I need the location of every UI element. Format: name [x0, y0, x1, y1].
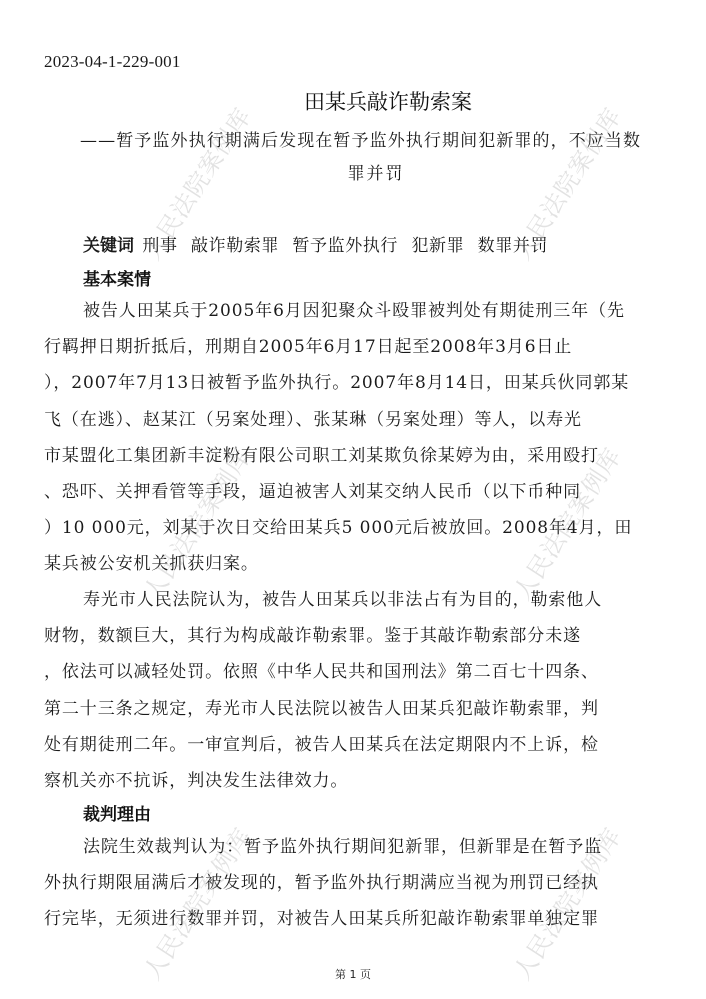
paragraph-line: 行羁押日期折抵后，刑期自2005年6月17日起至2008年3月6日止 [44, 329, 659, 365]
paragraph-basic-facts-1: 被告人田某兵于2005年6月因犯聚众斗殴罪被判处有期徒刑三年（先 行羁押日期折抵… [44, 293, 659, 583]
section-heading-reasoning: 裁判理由 [83, 800, 151, 825]
document-subtitle-line-2: 罪并罚 [0, 159, 706, 184]
paragraph-reasoning-1: 法院生效裁判认为：暂予监外执行期间犯新罪，但新罪是在暂予监 外执行期限届满后才被… [44, 829, 659, 938]
page-number: 第 1 页 [0, 966, 706, 982]
document-subtitle-line-1: ——暂予监外执行期满后发现在暂予监外执行期间犯新罪的，不应当数 [80, 123, 680, 159]
paragraph-basic-facts-2: 寿光市人民法院认为，被告人田某兵以非法占有为目的，勒索他人 财物，数额巨大，其行… [44, 582, 659, 799]
keywords-label: 关键词 [83, 236, 134, 256]
paragraph-line: ，依法可以减轻处罚。依照《中华人民共和国刑法》第二百七十四条、 [44, 654, 659, 690]
keywords-row: 关键词 刑事 敲诈勒索罪 暂予监外执行 犯新罪 数罪并罚 [83, 231, 556, 256]
paragraph-line: 法院生效裁判认为：暂予监外执行期间犯新罪，但新罪是在暂予监 [44, 829, 659, 865]
keyword-item: 数罪并罚 [478, 236, 548, 256]
paragraph-line: 察机关亦不抗诉，判决发生法律效力。 [44, 763, 659, 799]
document-page: 2023-04-1-229-001 田某兵敲诈勒索案 ——暂予监外执行期满后发现… [0, 0, 706, 999]
section-heading-basic-facts: 基本案情 [83, 265, 151, 290]
keyword-item: 刑事 [142, 236, 177, 256]
case-number: 2023-04-1-229-001 [44, 52, 181, 72]
document-title: 田某兵敲诈勒索案 [0, 86, 706, 116]
paragraph-line: 处有期徒刑二年。一审宣判后，被告人田某兵在法定期限内不上诉，检 [44, 727, 659, 763]
keyword-item: 暂予监外执行 [292, 236, 398, 256]
paragraph-line: 外执行期限届满后才被发现的，暂予监外执行期满应当视为刑罚已经执 [44, 865, 659, 901]
keyword-item: 敲诈勒索罪 [191, 236, 279, 256]
paragraph-line: 财物，数额巨大，其行为构成敲诈勒索罪。鉴于其敲诈勒索部分未遂 [44, 618, 659, 654]
paragraph-line: 某兵被公安机关抓获归案。 [44, 546, 659, 582]
paragraph-line: 行完毕，无须进行数罪并罚，对被告人田某兵所犯敲诈勒索罪单独定罪 [44, 901, 659, 937]
keyword-item: 犯新罪 [411, 236, 464, 256]
paragraph-line: ），2007年7月13日被暂予监外执行。2007年8月14日，田某兵伙同郭某 [44, 365, 659, 401]
paragraph-line: 被告人田某兵于2005年6月因犯聚众斗殴罪被判处有期徒刑三年（先 [44, 293, 659, 329]
paragraph-line: 市某盟化工集团新丰淀粉有限公司职工刘某欺负徐某婷为由，采用殴打 [44, 438, 659, 474]
paragraph-line: 第二十三条之规定，寿光市人民法院以被告人田某兵犯敲诈勒索罪，判 [44, 691, 659, 727]
paragraph-line: 飞（在逃）、赵某江（另案处理）、张某琳（另案处理）等人，以寿光 [44, 402, 659, 438]
paragraph-line: 、恐吓、关押看管等手段，逼迫被害人刘某交纳人民币（以下币种同 [44, 474, 659, 510]
paragraph-line: ）10 000元，刘某于次日交给田某兵5 000元后被放回。2008年4月，田 [44, 510, 659, 546]
paragraph-line: 寿光市人民法院认为，被告人田某兵以非法占有为目的，勒索他人 [44, 582, 659, 618]
